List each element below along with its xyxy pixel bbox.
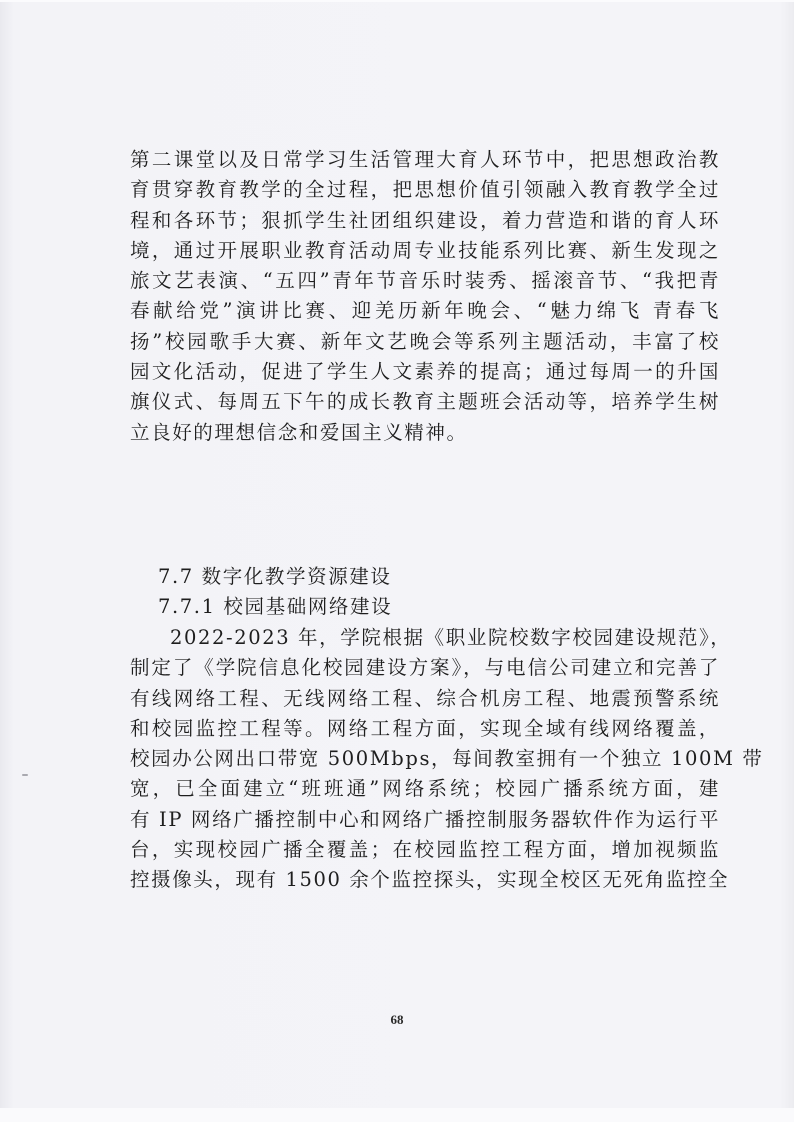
scanned-page: 第二课堂以及日常学习生活管理大育人环节中，把思想政治教 育贯穿教育教学的全过程，… — [0, 0, 794, 1122]
paragraph-line: 程和各环节；狠抓学生社团组织建设，着力营造和谐的育人环 — [130, 206, 720, 236]
page-number: 68 — [0, 1012, 794, 1028]
paragraph-line: 育贯穿教育教学的全过程，把思想价值引领融入教育教学全过 — [130, 175, 720, 205]
section-headings: 7.7 数字化教学资源建设 7.7.1 校园基础网络建设 — [130, 562, 720, 623]
section-heading: 7.7 数字化教学资源建设 — [130, 562, 720, 592]
paragraph-line: 春献给党”演讲比赛、迎羌历新年晚会、“魅力绵飞 青春飞 — [130, 296, 720, 326]
paragraph-line: 校园办公网出口带宽 500Mbps，每间教室拥有一个独立 100M 带 — [130, 744, 720, 774]
paragraph-line: 控摄像头，现有 1500 余个监控探头，实现全校区无死角监控全 — [130, 865, 720, 895]
scan-artifact-mark — [22, 774, 28, 776]
paragraph-line: 有线网络工程、无线网络工程、综合机房工程、地震预警系统 — [130, 684, 720, 714]
paragraph-line: 立良好的理想信念和爱国主义精神。 — [130, 418, 720, 448]
paragraph-line: 境，通过开展职业教育活动周专业技能系列比赛、新生发现之 — [130, 236, 720, 266]
paragraph-student-activities: 第二课堂以及日常学习生活管理大育人环节中，把思想政治教 育贯穿教育教学的全过程，… — [130, 145, 720, 448]
paragraph-line: 宽，已全面建立“班班通”网络系统；校园广播系统方面，建 — [130, 774, 720, 804]
paragraph-line: 台，实现校园广播全覆盖；在校园监控工程方面，增加视频监 — [130, 835, 720, 865]
paragraph-line: 扬”校园歌手大赛、新年文艺晚会等系列主题活动，丰富了校 — [130, 327, 720, 357]
page-bottom-edge — [0, 1108, 794, 1122]
paragraph-line: 旅文艺表演、“五四”青年节音乐时装秀、摇滚音节、“我把青 — [130, 266, 720, 296]
paragraph-line: 制定了《学院信息化校园建设方案》，与电信公司建立和完善了 — [130, 653, 720, 683]
paragraph-line: 2022-2023 年，学院根据《职业院校数字校园建设规范》， — [130, 623, 720, 653]
paragraph-line: 有 IP 网络广播控制中心和网络广播控制服务器软件作为运行平 — [130, 805, 720, 835]
paragraph-campus-network: 2022-2023 年，学院根据《职业院校数字校园建设规范》， 制定了《学院信息… — [130, 623, 720, 896]
subsection-heading: 7.7.1 校园基础网络建设 — [130, 592, 720, 622]
paragraph-line: 第二课堂以及日常学习生活管理大育人环节中，把思想政治教 — [130, 145, 720, 175]
paragraph-line: 园文化活动，促进了学生人文素养的提高；通过每周一的升国 — [130, 357, 720, 387]
paragraph-line: 和校园监控工程等。网络工程方面，实现全域有线网络覆盖， — [130, 714, 720, 744]
paragraph-line: 旗仪式、每周五下午的成长教育主题班会活动等，培养学生树 — [130, 387, 720, 417]
page-top-edge — [0, 0, 794, 2]
